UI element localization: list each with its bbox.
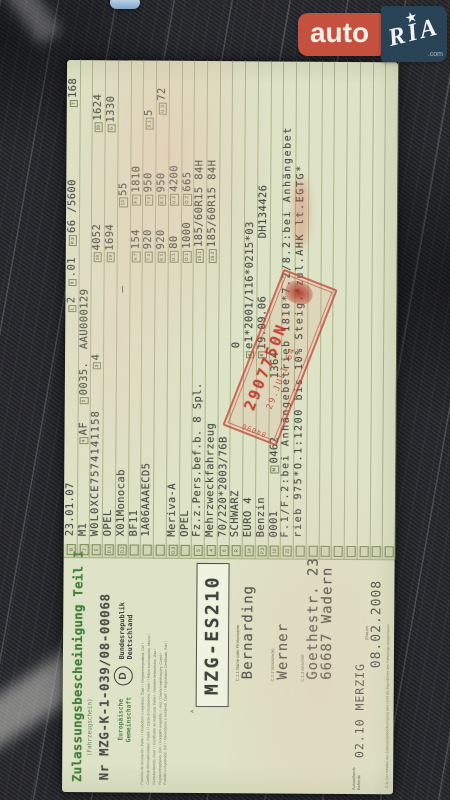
row-field-code: 4 — [206, 545, 215, 556]
table-cell: 15.1185/60R15 84H — [193, 160, 206, 263]
owner-name-value: Bernarding — [240, 585, 257, 679]
table-cell: DH134426 — [257, 185, 270, 239]
table-cell: Ke1*2001/116*0215*03 — [243, 221, 257, 358]
table-cell: S.15 — [143, 109, 156, 129]
row-field-code — [181, 545, 190, 556]
row-field-code: D.2 — [117, 544, 126, 555]
table-cell: 20035. — [77, 362, 90, 404]
autoria-com-text: .com — [428, 51, 443, 58]
cell-field-code: 8.2 — [158, 194, 167, 205]
table-cell: V.7154 — [129, 229, 142, 263]
cell-field-code: 18 — [94, 253, 103, 263]
table-cell: T168 — [67, 78, 80, 107]
autoria-auto-text: auto — [310, 19, 369, 50]
cell-field-code: 19 — [106, 253, 115, 263]
row-field-code — [385, 546, 394, 557]
table-cell: EURO 4 — [242, 497, 255, 537]
cell-field-code: S.1 — [146, 118, 155, 130]
license-plate-field: MZG-ES210 — [196, 563, 230, 707]
eu-community-label: Europäische Gemeinschaft — [117, 697, 132, 743]
table-cell: 4AF — [77, 422, 90, 444]
registration-document-rotated: Zulassungsbescheinigung Teil I (Fahrzeug… — [62, 60, 398, 794]
table-cell: 7.2950 — [142, 172, 155, 205]
cell-field-code: F.1 — [132, 195, 141, 206]
cell-field-code: G — [107, 125, 116, 133]
row-field-code: D.3 — [168, 545, 177, 556]
issuing-office-label: Ausstellende Behörde — [351, 760, 362, 790]
cell-field-code: M — [270, 465, 279, 473]
cell-field-code: O.2 — [183, 194, 192, 206]
cell-field-code: P.2 — [68, 235, 77, 246]
document-subtitle: (Fahrzeugschein) — [86, 698, 93, 756]
table-cell: 8.2950 — [155, 172, 168, 205]
table-cell: OPEL — [102, 509, 115, 536]
owner-firstname-value: Werner — [275, 623, 291, 680]
cell-field-code: V.7 — [132, 251, 141, 262]
row-field-code: B — [66, 544, 75, 555]
cell-field-code: 2 — [80, 397, 89, 404]
row-field-code — [372, 546, 381, 557]
document-number: Nr MZG-K-1-039/08-00068 — [96, 593, 112, 780]
cell-field-code: L — [68, 305, 77, 312]
autoria-ria-badge: ★ RIA .com — [381, 6, 447, 62]
table-cell: Fz.z.Pers.bef.b. 8 Spl. — [191, 382, 205, 537]
row-field-code: 5 — [194, 545, 203, 556]
table-cell: U.24200 — [168, 165, 181, 206]
row-field-code: R — [232, 545, 241, 556]
row-field-code — [296, 546, 305, 557]
cell-field-code: O.1 — [183, 251, 192, 263]
table-cell: O.11000 — [180, 222, 193, 263]
row-field-code — [359, 546, 368, 557]
table-cell: G1330 — [105, 96, 118, 133]
cell-field-code: 8.1 — [157, 251, 166, 262]
cell-field-code: 13 — [119, 198, 128, 208]
row-field-code: P.3 — [257, 545, 266, 556]
table-cell: Benzin — [255, 497, 268, 537]
technical-data-table: B23.01.07L29.01P.266 /5600T168JM14AF2003… — [64, 59, 398, 560]
row-field-code: 14 — [245, 545, 254, 556]
row-field-code: 10 — [270, 545, 279, 556]
table-cell: 191694 — [104, 224, 117, 263]
table-cell: SCHWARZ — [229, 490, 242, 537]
row-field-code — [130, 544, 139, 555]
table-cell: – — [116, 286, 129, 293]
table-cell: 34 — [90, 354, 103, 370]
country-emblem: D — [114, 666, 133, 685]
table-cell: 8.1920 — [155, 229, 168, 262]
table-cell: 9.01 — [66, 257, 79, 286]
table-cell: 1355 — [117, 182, 130, 207]
blue-object — [110, 0, 140, 9]
photo-scene: auto ★ RIA .com Zulassungsbescheinigung … — [0, 0, 450, 800]
cell-field-code: 15.1 — [195, 249, 204, 263]
cell-field-code: 9 — [68, 279, 77, 286]
autoria-ria-text: RIA — [385, 13, 442, 53]
row-field-code: 22 — [283, 546, 292, 557]
cell-field-code: U.1 — [170, 251, 179, 263]
multilingual-text-block: Permiso de circulación, Parte I / Osvědč… — [140, 561, 171, 785]
cell-field-code: U.3 — [158, 103, 167, 115]
table-cell: M1 — [77, 523, 90, 537]
table-cell: W0L0XCE7574141158 — [89, 410, 103, 536]
multilingual-line: Potrdilo o registraciji, Del I / Osvedče… — [163, 561, 169, 785]
country-label: Bundesrepublik Deutschland — [118, 602, 135, 659]
row-field-code — [321, 546, 330, 557]
table-cell: BF11 — [127, 510, 140, 537]
table-cell: Mehrzweckfahrzeug — [204, 423, 218, 537]
owner-city-value: 66687 Wadern — [319, 567, 336, 680]
cell-field-code: T — [69, 100, 78, 107]
license-plate-value: MZG-ES210 — [202, 575, 224, 695]
table-cell: 0 — [231, 341, 244, 348]
cell-field-code: 4 — [80, 437, 89, 444]
registration-document: Zulassungsbescheinigung Teil I (Fahrzeug… — [62, 60, 398, 794]
table-cell: Meriva-A — [166, 483, 179, 537]
table-cell: O.2665 — [181, 172, 194, 206]
row-field-code: 6 — [219, 545, 228, 556]
table-cell: X01Monocab — [115, 469, 128, 536]
row-field-code — [334, 546, 343, 557]
table-cell: 7.1920 — [142, 229, 155, 262]
row-field-code — [156, 545, 165, 556]
row-field-code: J — [79, 544, 88, 555]
table-cell: L2 — [65, 296, 78, 312]
table-cell: U.180 — [168, 235, 181, 262]
row-field-code: D.1 — [105, 544, 114, 555]
cell-field-code: 15.2 — [208, 249, 217, 263]
plate-field-label: A — [190, 710, 195, 713]
table-cell: AAU000129 — [78, 289, 91, 350]
issue-date-value: 08.02.2008 — [369, 580, 385, 668]
issuing-office-value: 02.10 MERZIG — [352, 663, 367, 758]
row-field-code — [308, 546, 317, 557]
cell-field-code: 7.1 — [145, 251, 154, 262]
cell-field-code: 20 — [95, 123, 104, 133]
table-cell: 184052 — [91, 224, 104, 263]
autoria-auto-badge: auto — [298, 13, 381, 56]
row-field-code — [143, 545, 152, 556]
footnote-c4c: C.4c Der Inhaber der Zulassungsbescheini… — [385, 573, 391, 788]
table-cell: 1A06AAAECD5 — [140, 463, 153, 537]
table-cell: 15.2185/60R15 84H — [206, 160, 219, 263]
table-cell: 0001 — [267, 511, 280, 538]
cell-field-code: U.2 — [170, 194, 179, 206]
row-field-code: E — [92, 544, 101, 555]
document-title: Zulassungsbescheinigung Teil I — [69, 550, 86, 782]
table-cell: 201624 — [92, 94, 105, 133]
cell-field-code: 7.2 — [145, 194, 154, 205]
table-cell: F.11810 — [130, 166, 143, 206]
cell-field-code: 3 — [93, 362, 102, 369]
table-cell: OPEL — [178, 510, 191, 537]
row-field-code — [346, 546, 355, 557]
table-cell: 23.01.07 — [64, 482, 77, 536]
table-cell: U.372 — [156, 87, 169, 114]
table-cell: P.266 /5600 — [66, 179, 79, 246]
